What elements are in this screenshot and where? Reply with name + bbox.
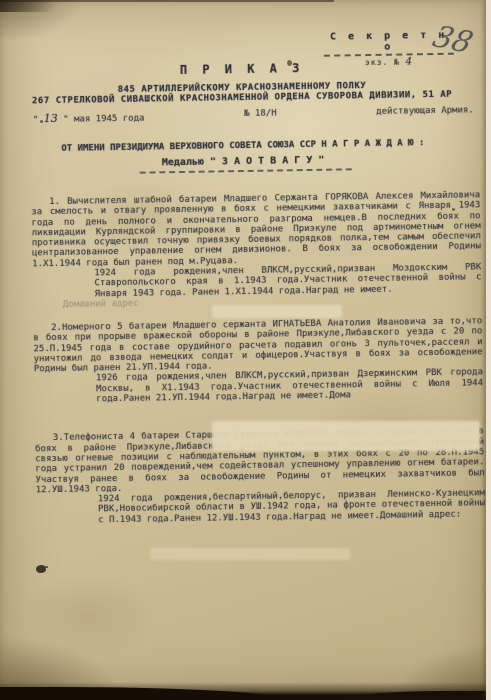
award-entries: 1. Вычислителя штабной батареи Младшего …: [31, 190, 485, 526]
erased-address-patch-3: [150, 548, 350, 560]
paper-speck: [287, 60, 292, 66]
paper-speck: [452, 208, 455, 211]
ink-blot: [36, 565, 46, 573]
order-date: " 13 " мая 1945 года: [33, 111, 145, 126]
date-rest: " мая 1945 года: [63, 114, 144, 125]
scanner-edge-strip: [486, 0, 491, 700]
date-line: " 13 " мая 1945 года № 18/Н действующая …: [33, 105, 474, 125]
handwritten-day: 13: [44, 112, 58, 125]
page-bottom-edge: [0, 682, 491, 700]
entry-1-citation: 1. Вычислителя штабной батареи Младшего …: [31, 190, 481, 269]
quote-open: ": [33, 115, 39, 125]
entry-2-biography: 1926 года рождения,член ВЛКСМ,русский,пр…: [96, 368, 483, 405]
page-top-edge: [0, 0, 334, 2]
award-entry-2: 2.Номерного 5 батареи Младшего сержанта …: [33, 316, 483, 405]
entry-3-biography: 1924 года рождения,беспартийный,белорус,…: [98, 488, 485, 525]
award-authority-line: ОТ ИМЕНИ ПРЕЗИДИУМА ВЕРХОВНОГО СОВЕТА СО…: [0, 137, 488, 155]
scanned-order-page: С е к р е т н о экз. № 4 38 П Р И К А З …: [0, 0, 491, 700]
order-title: П Р И К А З: [0, 58, 487, 80]
paper-speck: [40, 120, 43, 123]
order-location: действующая Армия.: [376, 105, 474, 120]
document-content: С е к р е т н о экз. № 4 38 П Р И К А З …: [0, 0, 491, 700]
order-number: № 18/Н: [244, 108, 277, 122]
erased-address-patch-1: [212, 305, 342, 318]
handwritten-exemplar-number: 38: [428, 20, 477, 61]
erased-address-patch-2: [212, 421, 480, 451]
medal-name-line: Медалью " З А О Т В А Г У ": [0, 152, 489, 171]
medal-underline: [140, 168, 352, 173]
award-entry-1: 1. Вычислителя штабной батареи Младшего …: [31, 190, 482, 310]
entry-2-citation: 2.Номерного 5 батареи Младшего сержанта …: [33, 316, 483, 375]
